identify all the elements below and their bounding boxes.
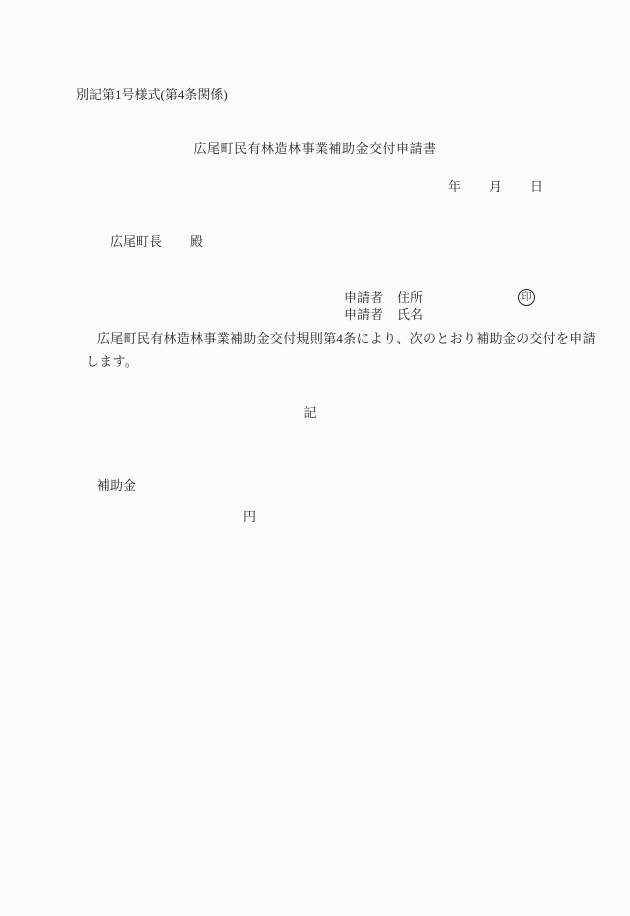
month-label: 月 [489, 179, 502, 195]
document-title: 広尾町民有林造林事業補助金交付申請書 [0, 141, 630, 157]
subsidy-line: 補助金 円 [0, 462, 630, 478]
name-field-label: 氏名 [397, 307, 423, 322]
body-text-line-2: します。 [86, 354, 138, 370]
subsidy-amount-blank [140, 493, 240, 508]
applicant-label: 申請者 [344, 307, 383, 322]
year-label: 年 [448, 179, 461, 195]
addressee-name: 広尾町長 [110, 234, 162, 249]
day-label: 日 [530, 179, 543, 195]
seal-character: 印 [522, 293, 532, 303]
seal-mark-icon: 印 [518, 289, 535, 306]
document-page: 別記第1号様式(第4条関係) 広尾町民有林造林事業補助金交付申請書 年 月 日 … [0, 0, 630, 916]
addressee-line: 広尾町長殿 [97, 218, 203, 265]
date-line: 年 月 日 [448, 179, 543, 195]
subsidy-label: 補助金 [97, 478, 136, 494]
honorific-label: 殿 [190, 234, 203, 249]
body-text-line-1: 広尾町民有林造林事業補助金交付規則第4条により、次のとおり補助金の交付を申請 [97, 331, 596, 347]
form-number: 別記第1号様式(第4条関係) [76, 87, 228, 103]
yen-unit-label: 円 [243, 509, 256, 525]
list-marker: 記 [0, 405, 620, 421]
